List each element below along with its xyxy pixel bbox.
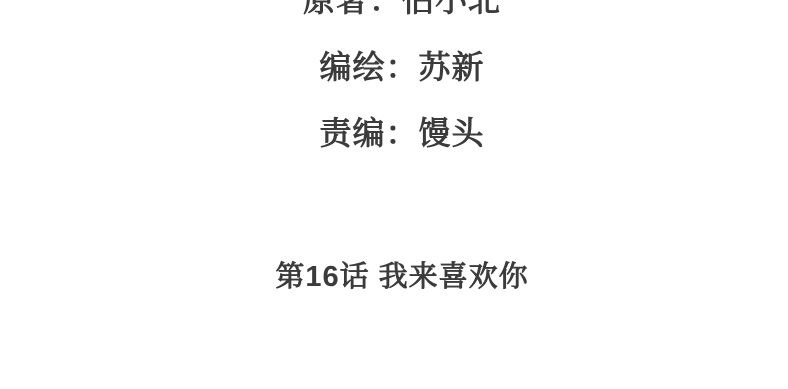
credit-line-artist: 编绘：苏新 [8, 51, 788, 83]
chapter-title: 第16话 我来喜欢你 [8, 263, 788, 292]
credit-line-original-author: 原著：伯小北 [8, 0, 788, 16]
comic-credits-page: 原著：伯小北 编绘：苏新 责编：馒头 第16话 我来喜欢你 [8, 0, 788, 389]
credit-line-editor: 责编：馒头 [8, 117, 788, 149]
